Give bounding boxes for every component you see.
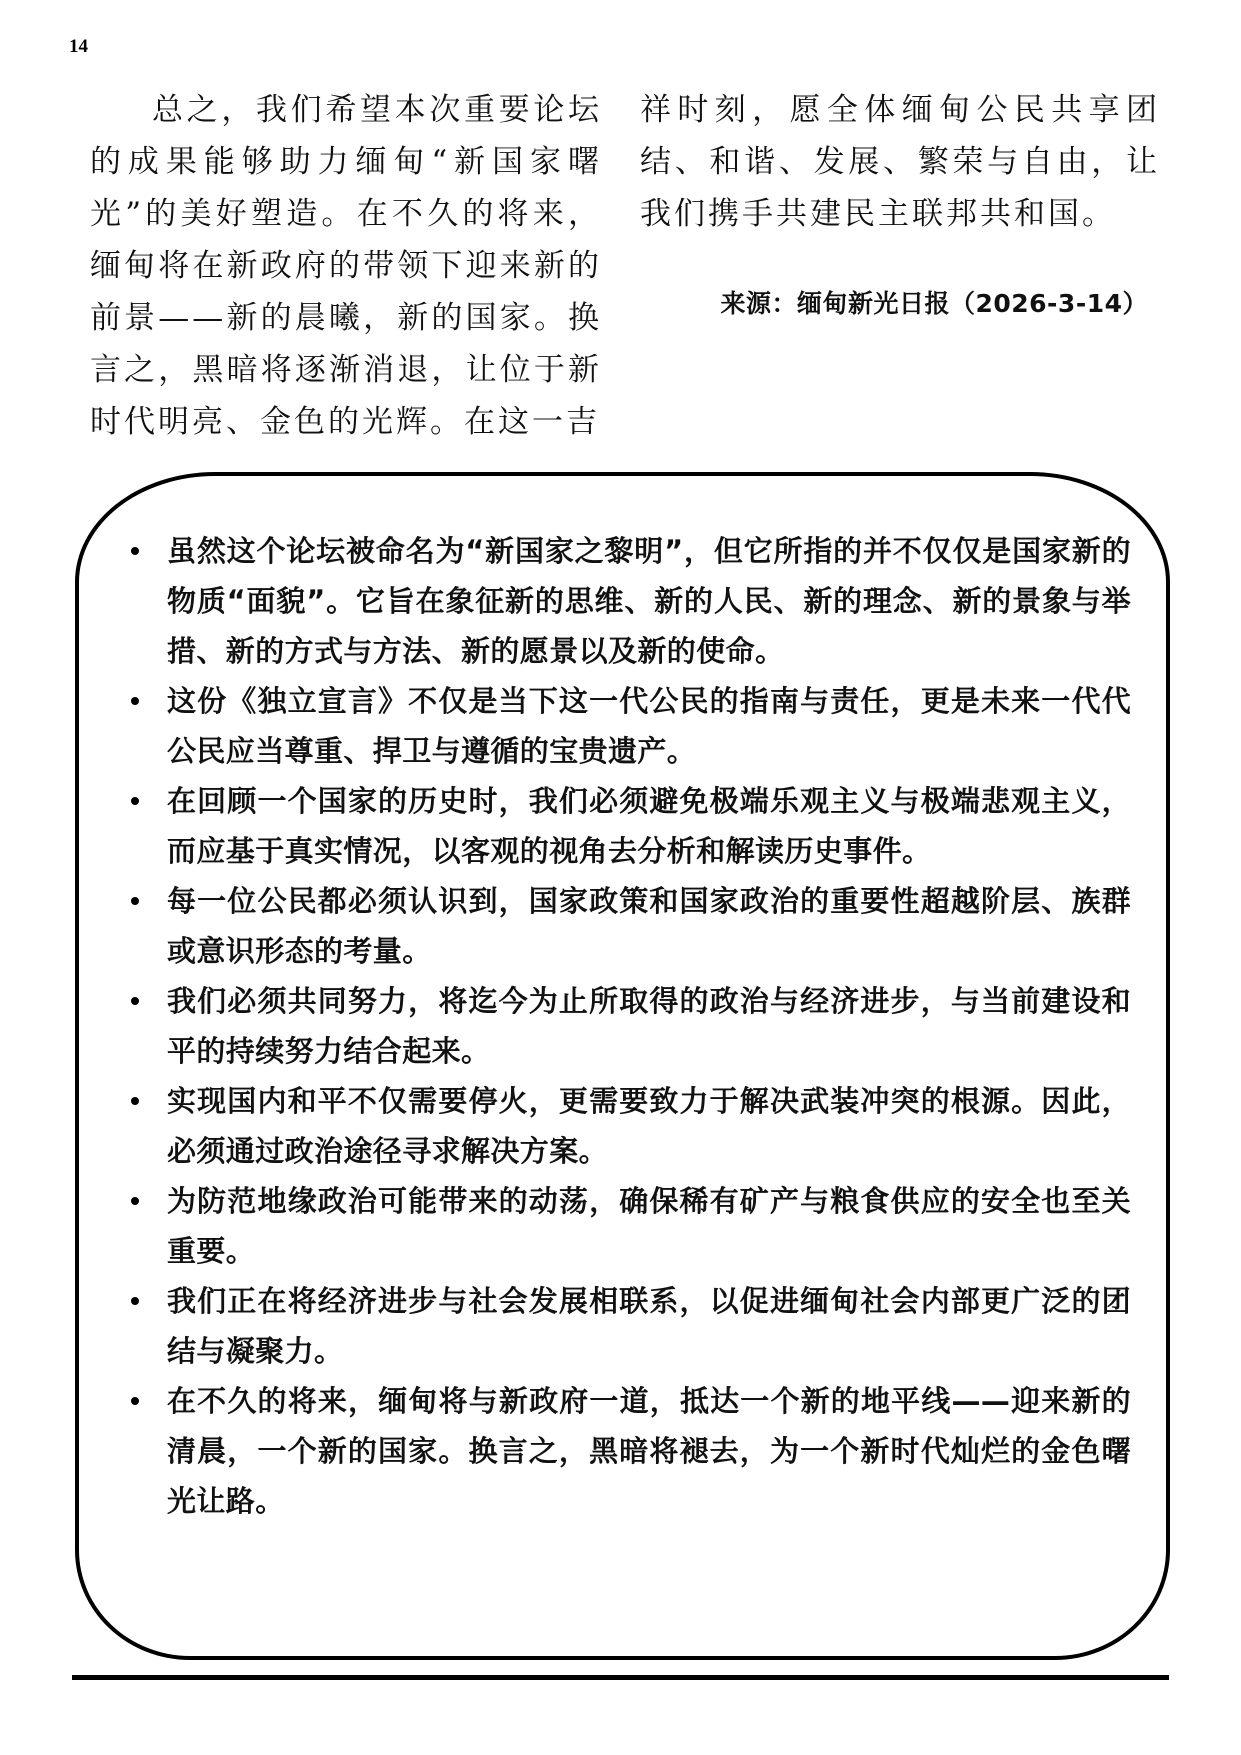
article-columns: 总之，我们希望本次重要论坛的成果能够助力缅甸“新国家曙光”的美好塑造。在不久的将… [90,84,1160,448]
page-bottom-rule [72,1675,1169,1680]
bullet-icon [131,1197,139,1205]
key-point-text: 在不久的将来，缅甸将与新政府一道，抵达一个新的地平线——迎来新的清晨，一个新的国… [167,1384,1131,1518]
key-point-item: 我们正在将经济进步与社会发展相联系，以促进缅甸社会内部更广泛的团结与凝聚力。 [131,1276,1131,1376]
key-point-text: 为防范地缘政治可能带来的动荡，确保稀有矿产与粮食供应的安全也至关重要。 [167,1184,1131,1268]
bullet-icon [131,797,139,805]
article-paragraph-right: 祥时刻，愿全体缅甸公民共享团结、和谐、发展、繁荣与自由，让我们携手共建民主联邦共… [640,84,1160,240]
key-point-text: 这份《独立宣言》不仅是当下这一代公民的指南与责任，更是未来一代代公民应当尊重、捍… [167,684,1131,768]
article-source: 来源：缅甸新光日报（2026-3-14） [640,284,1160,324]
bullet-icon [131,1297,139,1305]
key-point-item: 在不久的将来，缅甸将与新政府一道，抵达一个新的地平线——迎来新的清晨，一个新的国… [131,1376,1131,1526]
key-point-text: 实现国内和平不仅需要停火，更需要致力于解决武装冲突的根源。因此，必须通过政治途径… [167,1084,1131,1168]
key-point-item: 这份《独立宣言》不仅是当下这一代公民的指南与责任，更是未来一代代公民应当尊重、捍… [131,676,1131,776]
key-point-item: 为防范地缘政治可能带来的动荡，确保稀有矿产与粮食供应的安全也至关重要。 [131,1176,1131,1276]
bullet-icon [131,1097,139,1105]
article-left-column: 总之，我们希望本次重要论坛的成果能够助力缅甸“新国家曙光”的美好塑造。在不久的将… [90,84,602,448]
key-point-item: 每一位公民都必须认识到，国家政策和国家政治的重要性超越阶层、族群或意识形态的考量… [131,876,1131,976]
article-paragraph-left: 总之，我们希望本次重要论坛的成果能够助力缅甸“新国家曙光”的美好塑造。在不久的将… [90,84,602,448]
key-point-text: 虽然这个论坛被命名为“新国家之黎明”，但它所指的并不仅仅是国家新的物质“面貌”。… [167,534,1131,668]
bullet-icon [131,1397,139,1405]
key-points-list: 虽然这个论坛被命名为“新国家之黎明”，但它所指的并不仅仅是国家新的物质“面貌”。… [131,526,1131,1526]
key-point-item: 我们必须共同努力，将迄今为止所取得的政治与经济进步，与当前建设和平的持续努力结合… [131,976,1131,1076]
key-points-box: 虽然这个论坛被命名为“新国家之黎明”，但它所指的并不仅仅是国家新的物质“面貌”。… [75,472,1170,1660]
key-point-text: 每一位公民都必须认识到，国家政策和国家政治的重要性超越阶层、族群或意识形态的考量… [167,884,1131,968]
key-point-item: 实现国内和平不仅需要停火，更需要致力于解决武装冲突的根源。因此，必须通过政治途径… [131,1076,1131,1176]
article-right-column: 祥时刻，愿全体缅甸公民共享团结、和谐、发展、繁荣与自由，让我们携手共建民主联邦共… [640,84,1160,448]
page-number: 14 [69,36,88,58]
bullet-icon [131,897,139,905]
key-point-item: 虽然这个论坛被命名为“新国家之黎明”，但它所指的并不仅仅是国家新的物质“面貌”。… [131,526,1131,676]
bullet-icon [131,997,139,1005]
key-point-text: 我们正在将经济进步与社会发展相联系，以促进缅甸社会内部更广泛的团结与凝聚力。 [167,1284,1131,1368]
bullet-icon [131,547,139,555]
key-point-item: 在回顾一个国家的历史时，我们必须避免极端乐观主义与极端悲观主义，而应基于真实情况… [131,776,1131,876]
bullet-icon [131,697,139,705]
key-point-text: 在回顾一个国家的历史时，我们必须避免极端乐观主义与极端悲观主义，而应基于真实情况… [167,784,1131,868]
key-point-text: 我们必须共同努力，将迄今为止所取得的政治与经济进步，与当前建设和平的持续努力结合… [167,984,1131,1068]
